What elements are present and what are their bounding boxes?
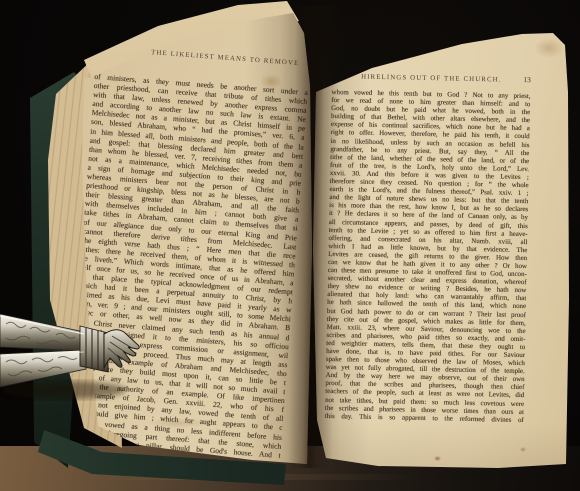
foxing-spot	[434, 456, 441, 461]
clasp-band-upper	[0, 314, 84, 351]
right-page-number: 13	[505, 75, 531, 85]
right-page-text-block: HIRELINGS OUT OF THE CHURCH. 13 whom vow…	[325, 71, 531, 425]
silver-hand-clasp	[0, 300, 142, 408]
right-page-body-text: whom vowed he this tenth but to God ? No…	[325, 89, 531, 425]
foxing-stain	[534, 38, 564, 58]
photo-of-open-antique-book: 12 THE LIKELIEST MEANS TO REMOVE of mini…	[0, 0, 580, 491]
right-running-header: HIRELINGS OUT OF THE CHURCH.	[358, 74, 505, 84]
gutter-shadow	[288, 6, 340, 469]
foxing-spot	[520, 447, 526, 452]
clasp-shadow	[2, 381, 126, 399]
